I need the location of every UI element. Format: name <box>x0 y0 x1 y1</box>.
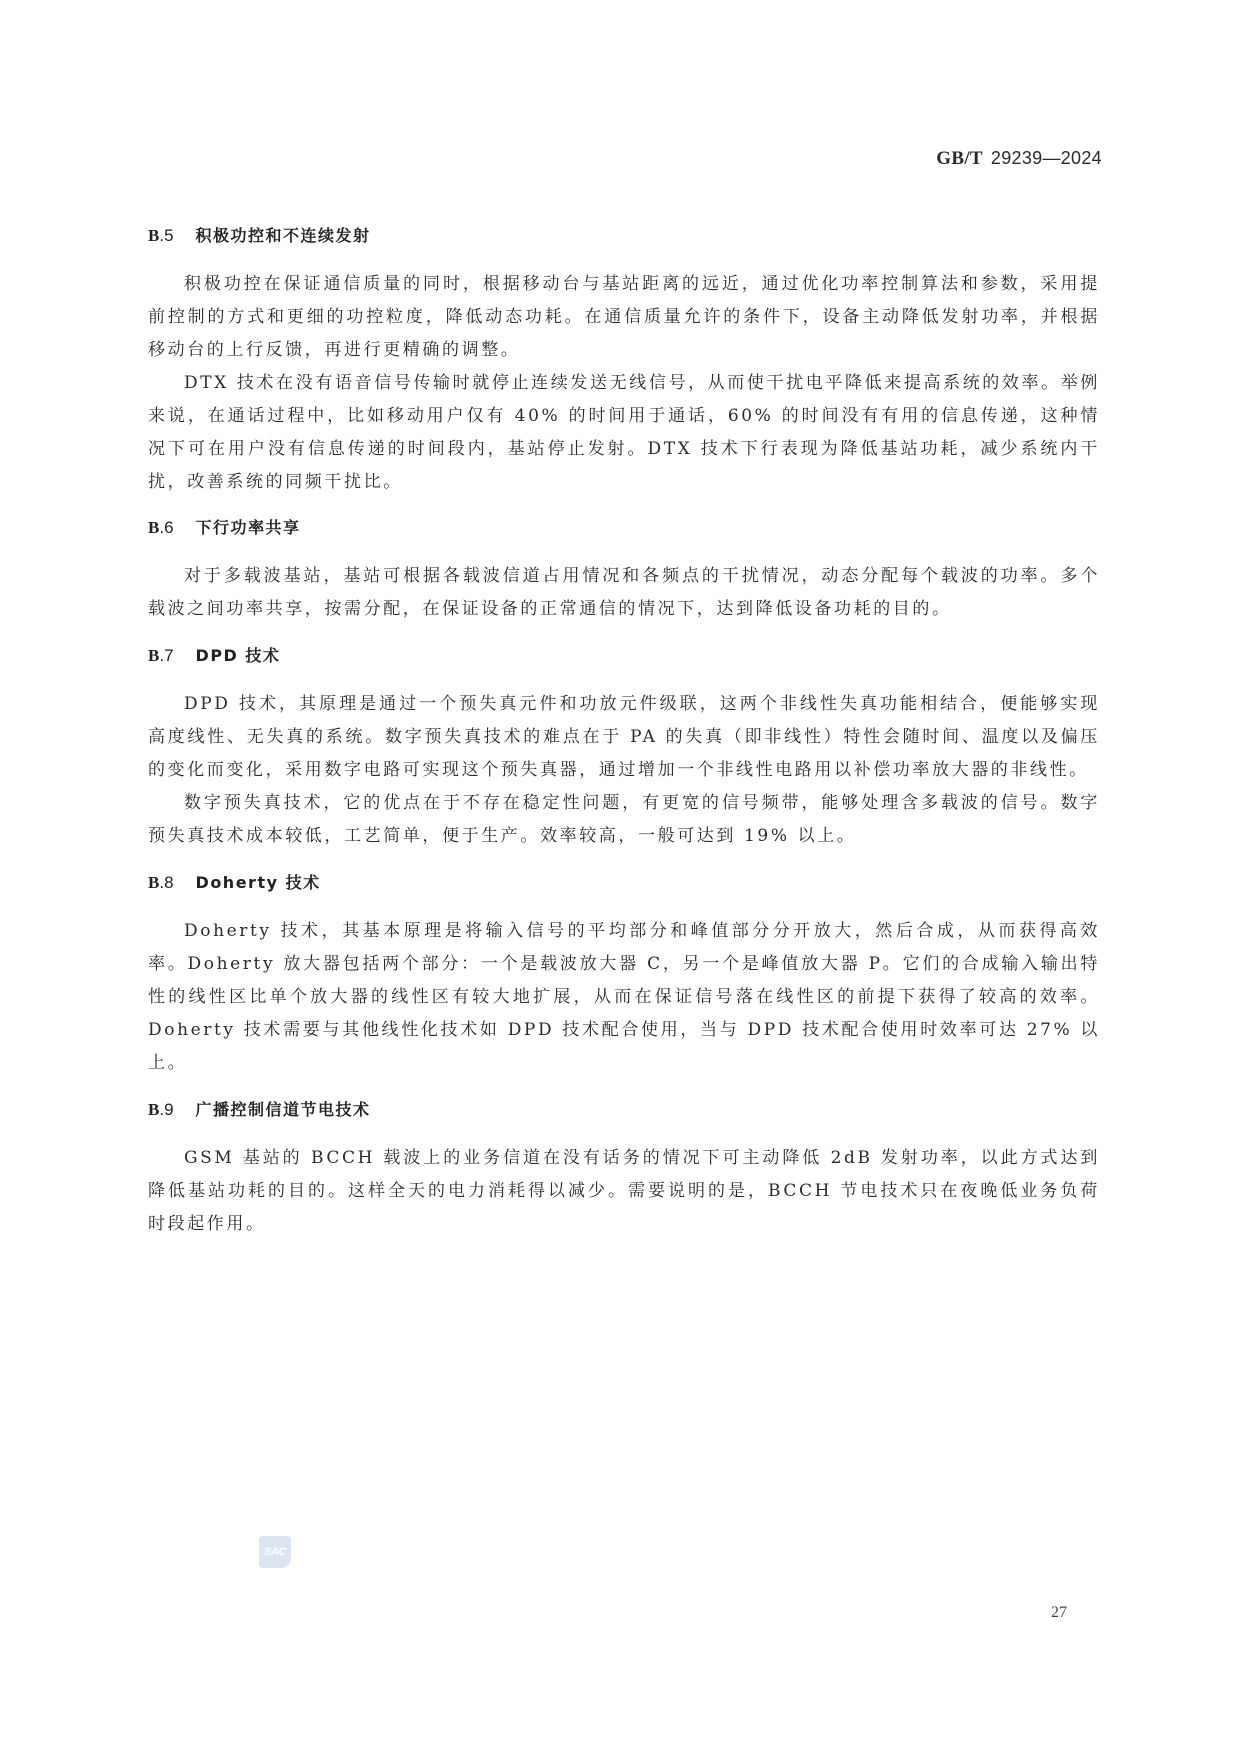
section-number: B.9 <box>148 1100 174 1119</box>
section-b6: B.6下行功率共享 对于多载波基站，基站可根据各载波信道占用情况和各频点的干扰情… <box>148 512 1100 626</box>
section-heading: B.7DPD 技术 <box>148 640 1100 672</box>
section-title: Doherty 技术 <box>196 873 321 892</box>
standard-number: 29239—2024 <box>991 148 1102 168</box>
section-b9: B.9广播控制信道节电技术 GSM 基站的 BCCH 载波上的业务信道在没有话务… <box>148 1094 1100 1241</box>
paragraph: DPD 技术，其原理是通过一个预失真元件和功放元件级联，这两个非线性失真功能相结… <box>148 688 1100 787</box>
section-b7: B.7DPD 技术 DPD 技术，其原理是通过一个预失真元件和功放元件级联，这两… <box>148 640 1100 853</box>
standard-prefix: GB/T <box>936 148 983 169</box>
section-b5: B.5积极功控和不连续发射 积极功控在保证通信质量的同时，根据移动台与基站距离的… <box>148 220 1100 499</box>
section-heading: B.6下行功率共享 <box>148 512 1100 544</box>
section-heading: B.5积极功控和不连续发射 <box>148 220 1100 252</box>
paragraph: 积极功控在保证通信质量的同时，根据移动台与基站距离的远近，通过优化功率控制算法和… <box>148 268 1100 367</box>
section-title: 下行功率共享 <box>196 518 301 537</box>
paragraph: 对于多载波基站，基站可根据各载波信道占用情况和各频点的干扰情况，动态分配每个载波… <box>148 560 1100 626</box>
paragraph: 数字预失真技术，它的优点在于不存在稳定性问题，有更宽的信号频带，能够处理含多载波… <box>148 787 1100 853</box>
section-b8: B.8Doherty 技术 Doherty 技术，其基本原理是将输入信号的平均部… <box>148 867 1100 1080</box>
section-number: B.6 <box>148 518 174 537</box>
section-heading: B.9广播控制信道节电技术 <box>148 1094 1100 1126</box>
paragraph: Doherty 技术，其基本原理是将输入信号的平均部分和峰值部分分开放大，然后合… <box>148 915 1100 1080</box>
sac-logo-icon: SAC <box>259 1536 291 1568</box>
standard-header: GB/T29239—2024 <box>936 148 1102 170</box>
section-title: 广播控制信道节电技术 <box>196 1100 371 1119</box>
page-number: 27 <box>1051 1604 1067 1622</box>
paragraph: DTX 技术在没有语音信号传输时就停止连续发送无线信号，从而使干扰电平降低来提高… <box>148 367 1100 499</box>
document-body: B.5积极功控和不连续发射 积极功控在保证通信质量的同时，根据移动台与基站距离的… <box>148 220 1100 1241</box>
section-number: B.7 <box>148 646 174 665</box>
section-number: B.5 <box>148 226 174 245</box>
section-title: DPD 技术 <box>196 646 281 665</box>
section-number: B.8 <box>148 873 174 892</box>
section-title: 积极功控和不连续发射 <box>196 226 371 245</box>
paragraph: GSM 基站的 BCCH 载波上的业务信道在没有话务的情况下可主动降低 2dB … <box>148 1142 1100 1241</box>
section-heading: B.8Doherty 技术 <box>148 867 1100 899</box>
